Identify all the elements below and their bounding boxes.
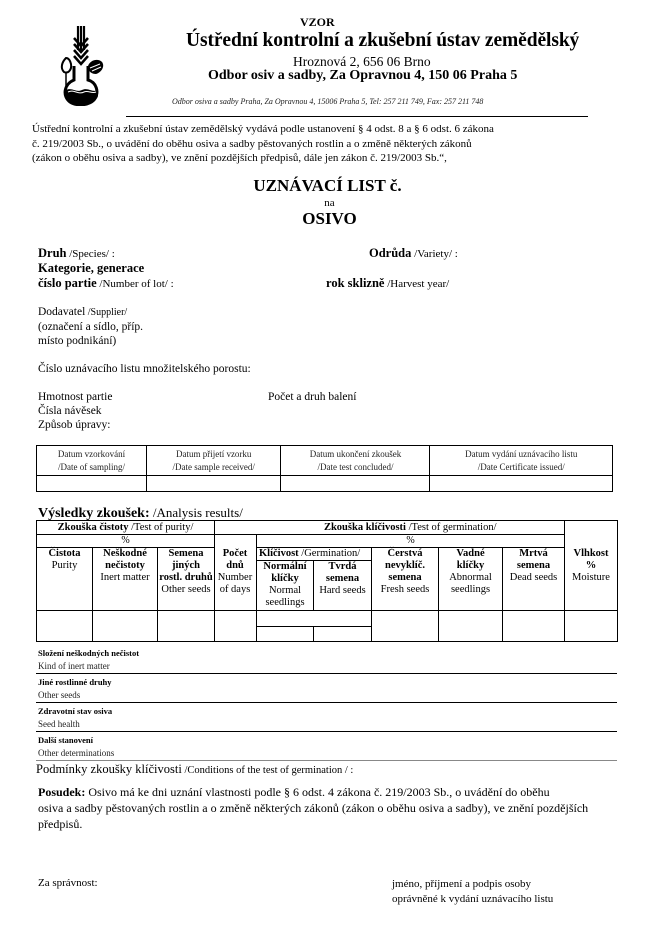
contact-line: Odbor osiva a sadby Praha, Za Opravnou 4… xyxy=(172,97,483,106)
field-supplier: Dodavatel /Supplier/ (označení a sídlo, … xyxy=(38,305,143,348)
remark-other-determinations-label: Další stanovení xyxy=(38,735,93,745)
signature-block: jméno, příjmení a podpis osoby oprávněné… xyxy=(392,877,553,907)
value-normal-seedlings[interactable] xyxy=(257,627,314,642)
date-issued-value[interactable] xyxy=(430,476,613,492)
remark-inert-matter-label: Složení neškodných nečistot xyxy=(38,648,139,658)
field-packaging: Počet a druh balení xyxy=(268,390,356,404)
col-hard-seeds: TvrdásemenaHard seeds xyxy=(314,561,372,611)
document-title: UZNÁVACÍ LIST č. xyxy=(0,176,645,196)
remark-other-determinations-en: Other determinations xyxy=(38,748,114,758)
header-divider xyxy=(126,116,588,117)
value-abnormal-seedlings[interactable] xyxy=(439,611,503,642)
field-treatment: Způsob úpravy: xyxy=(38,418,111,432)
remark-line xyxy=(36,702,617,703)
date-received-header: Datum přijetí vzorku/Date sample receive… xyxy=(146,446,281,476)
value-other-seeds[interactable] xyxy=(158,611,215,642)
value-inert-matter[interactable] xyxy=(93,611,158,642)
ukzuz-logo-icon xyxy=(52,24,108,106)
col-other-seeds: Semenajinýchrostl. druhůOther seeds xyxy=(158,548,215,611)
germination-subheader: Klíčivost /Germination/ xyxy=(257,548,372,561)
document-subject: OSIVO xyxy=(0,209,645,229)
value-days[interactable] xyxy=(215,611,257,642)
remark-line xyxy=(36,731,617,732)
intro-line: (zákon o oběhu osiva a sadby), ve znění … xyxy=(32,151,592,166)
date-sampling-value[interactable] xyxy=(37,476,147,492)
remark-line xyxy=(36,673,617,674)
assessment-paragraph: Posudek: Osivo má ke dni uznání vlastnos… xyxy=(38,784,608,832)
org-name: Ústřední kontrolní a zkušební ústav země… xyxy=(186,30,579,52)
verified-by-label: Za správnost: xyxy=(38,877,98,889)
field-harvest-year: rok sklizně /Harvest year/ xyxy=(326,276,449,291)
value-fresh-seeds[interactable] xyxy=(372,611,439,642)
germination-group-header: Zkouška klíčivosti /Test of germination/ xyxy=(257,521,565,535)
remark-inert-matter-en: Kind of inert matter xyxy=(38,661,110,671)
intro-paragraph: Ústřední kontrolní a zkušební ústav země… xyxy=(32,122,592,166)
results-table: Zkouška čistoty /Test of purity/ Zkouška… xyxy=(36,520,618,642)
germination-conditions: Podmínky zkoušky klíčivosti /Conditions … xyxy=(36,762,353,777)
field-lot-weight: Hmotnost partie xyxy=(38,390,112,404)
col-inert-matter: NeškodnénečistotyInert matter xyxy=(93,548,158,611)
remark-other-seeds-label: Jiné rostlinné druhy xyxy=(38,677,112,687)
org-department: Odbor osiv a sadby, Za Opravnou 4, 150 0… xyxy=(208,68,517,84)
field-species: Druh /Species/ : xyxy=(38,246,115,261)
purity-group-header: Zkouška čistoty /Test of purity/ xyxy=(37,521,215,535)
intro-line: Ústřední kontrolní a zkušební ústav země… xyxy=(32,122,592,137)
col-normal-seedlings: NormálníklíčkyNormalseedlings xyxy=(257,561,314,611)
date-issued-header: Datum vydání uznávacího listu/Date Certi… xyxy=(430,446,613,476)
purity-percent: % xyxy=(37,535,215,548)
col-fresh-seeds: Čerstvánevyklíč.semenaFresh seeds xyxy=(372,548,439,611)
col-dead-seeds: MrtvásemenaDead seeds xyxy=(503,548,565,611)
col-moisture: Vlhkost % Moisture xyxy=(565,548,617,584)
col-purity: ČistotaPurity xyxy=(37,548,93,611)
field-label-numbers: Čísla návěsek xyxy=(38,404,102,418)
remark-other-seeds-en: Other seeds xyxy=(38,690,80,700)
field-lot-number: číslo partie /Number of lot/ : xyxy=(38,276,174,291)
date-concluded-value[interactable] xyxy=(281,476,430,492)
value-hard-seeds[interactable] xyxy=(314,627,372,642)
date-concluded-header: Datum ukončení zkoušek/Date test conclud… xyxy=(281,446,430,476)
title-connector: na xyxy=(0,197,645,209)
field-category: Kategorie, generace xyxy=(38,261,144,276)
field-variety: Odrůda /Variety/ : xyxy=(369,246,458,261)
field-parent-certificate: Číslo uznávacího listu množitelského por… xyxy=(38,362,251,376)
remark-seed-health-label: Zdravotní stav osiva xyxy=(38,706,112,716)
value-germination[interactable] xyxy=(257,611,372,627)
germination-percent: % xyxy=(257,535,565,548)
value-dead-seeds[interactable] xyxy=(503,611,565,642)
value-moisture[interactable] xyxy=(565,611,618,642)
col-abnormal-seedlings: VadnéklíčkyAbnormalseedlings xyxy=(439,548,503,611)
intro-line: č. 219/2003 Sb., o uvádění do oběhu osiv… xyxy=(32,137,592,152)
col-days: Počet dnů Number of days xyxy=(214,548,256,596)
remark-seed-health-en: Seed health xyxy=(38,719,80,729)
date-sampling-header: Datum vzorkování/Date of sampling/ xyxy=(37,446,147,476)
value-purity[interactable] xyxy=(37,611,93,642)
date-received-value[interactable] xyxy=(146,476,281,492)
dates-table: Datum vzorkování/Date of sampling/ Datum… xyxy=(36,445,613,492)
remark-line xyxy=(36,760,617,761)
